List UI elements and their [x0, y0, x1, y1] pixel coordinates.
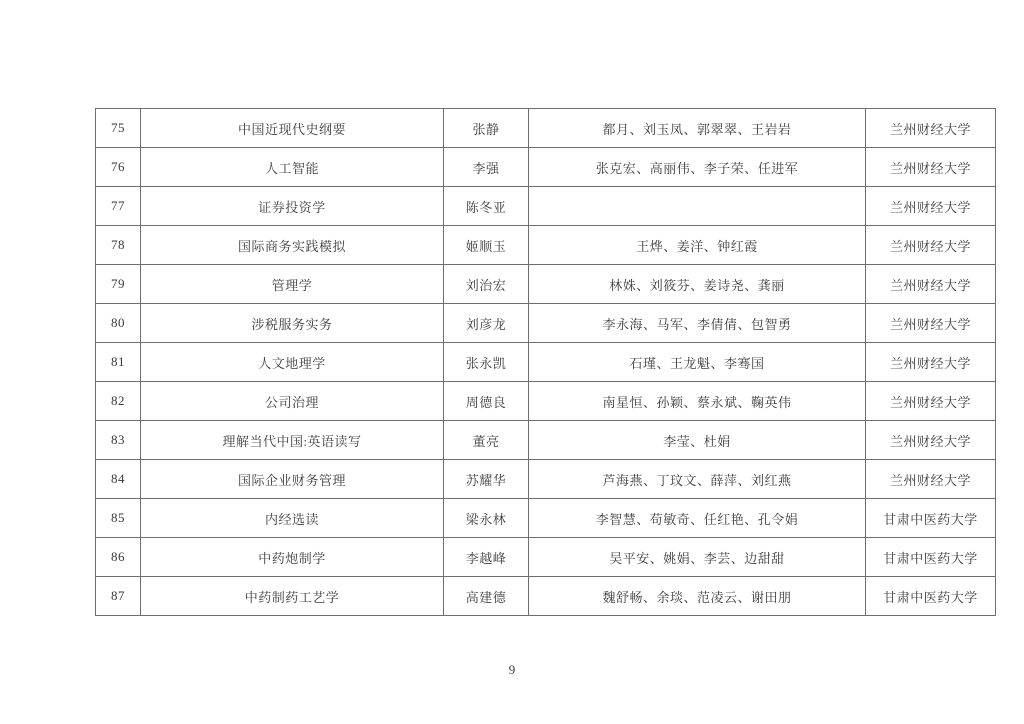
table-row: 84 国际企业财务管理 苏耀华 芦海燕、丁玟文、薛萍、刘红燕 兰州财经大学	[96, 460, 996, 499]
row-number-cell: 80	[96, 304, 141, 343]
university-cell: 兰州财经大学	[866, 109, 996, 148]
course-table: 75 中国近现代史纲要 张静 都月、刘玉凤、郭翠翠、王岩岩 兰州财经大学 76 …	[95, 108, 996, 616]
team-members-cell	[529, 187, 866, 226]
table-row: 81 人文地理学 张永凯 石瑾、王龙魁、李骞国 兰州财经大学	[96, 343, 996, 382]
course-name-cell: 中药炮制学	[141, 538, 444, 577]
university-cell: 兰州财经大学	[866, 187, 996, 226]
leader-name-cell: 周德良	[444, 382, 529, 421]
leader-name-cell: 梁永林	[444, 499, 529, 538]
course-name-cell: 公司治理	[141, 382, 444, 421]
leader-name-cell: 陈冬亚	[444, 187, 529, 226]
row-number-cell: 76	[96, 148, 141, 187]
leader-name-cell: 李越峰	[444, 538, 529, 577]
course-name-cell: 证券投资学	[141, 187, 444, 226]
course-table-body: 75 中国近现代史纲要 张静 都月、刘玉凤、郭翠翠、王岩岩 兰州财经大学 76 …	[96, 109, 996, 616]
row-number-cell: 83	[96, 421, 141, 460]
university-cell: 兰州财经大学	[866, 304, 996, 343]
course-name-cell: 国际商务实践模拟	[141, 226, 444, 265]
leader-name-cell: 董亮	[444, 421, 529, 460]
team-members-cell: 南星恒、孙颖、蔡永斌、鞠英伟	[529, 382, 866, 421]
leader-name-cell: 张静	[444, 109, 529, 148]
table-row: 80 涉税服务实务 刘彦龙 李永海、马军、李倩倩、包智勇 兰州财经大学	[96, 304, 996, 343]
row-number-cell: 79	[96, 265, 141, 304]
table-row: 77 证券投资学 陈冬亚 兰州财经大学	[96, 187, 996, 226]
team-members-cell: 张克宏、高丽伟、李子荣、任进军	[529, 148, 866, 187]
table-row: 85 内经选读 梁永林 李智慧、苟敏奇、任红艳、孔令娟 甘肃中医药大学	[96, 499, 996, 538]
team-members-cell: 李智慧、苟敏奇、任红艳、孔令娟	[529, 499, 866, 538]
course-name-cell: 国际企业财务管理	[141, 460, 444, 499]
row-number-cell: 82	[96, 382, 141, 421]
university-cell: 兰州财经大学	[866, 460, 996, 499]
table-row: 78 国际商务实践模拟 姬顺玉 王烨、姜洋、钟红霞 兰州财经大学	[96, 226, 996, 265]
course-name-cell: 人工智能	[141, 148, 444, 187]
row-number-cell: 85	[96, 499, 141, 538]
table-row: 86 中药炮制学 李越峰 吴平安、姚娟、李芸、边甜甜 甘肃中医药大学	[96, 538, 996, 577]
row-number-cell: 75	[96, 109, 141, 148]
university-cell: 甘肃中医药大学	[866, 577, 996, 616]
course-name-cell: 人文地理学	[141, 343, 444, 382]
leader-name-cell: 姬顺玉	[444, 226, 529, 265]
row-number-cell: 77	[96, 187, 141, 226]
table-row: 75 中国近现代史纲要 张静 都月、刘玉凤、郭翠翠、王岩岩 兰州财经大学	[96, 109, 996, 148]
row-number-cell: 84	[96, 460, 141, 499]
university-cell: 兰州财经大学	[866, 382, 996, 421]
team-members-cell: 李莹、杜娟	[529, 421, 866, 460]
university-cell: 兰州财经大学	[866, 148, 996, 187]
page-number: 9	[0, 662, 1024, 678]
leader-name-cell: 高建德	[444, 577, 529, 616]
row-number-cell: 81	[96, 343, 141, 382]
university-cell: 兰州财经大学	[866, 343, 996, 382]
table-row: 83 理解当代中国:英语读写 董亮 李莹、杜娟 兰州财经大学	[96, 421, 996, 460]
team-members-cell: 石瑾、王龙魁、李骞国	[529, 343, 866, 382]
course-name-cell: 管理学	[141, 265, 444, 304]
university-cell: 兰州财经大学	[866, 421, 996, 460]
course-name-cell: 中国近现代史纲要	[141, 109, 444, 148]
leader-name-cell: 刘治宏	[444, 265, 529, 304]
university-cell: 兰州财经大学	[866, 226, 996, 265]
course-name-cell: 内经选读	[141, 499, 444, 538]
table-row: 79 管理学 刘治宏 林姝、刘筱芬、姜诗尧、龚丽 兰州财经大学	[96, 265, 996, 304]
table-row: 76 人工智能 李强 张克宏、高丽伟、李子荣、任进军 兰州财经大学	[96, 148, 996, 187]
leader-name-cell: 李强	[444, 148, 529, 187]
course-name-cell: 理解当代中国:英语读写	[141, 421, 444, 460]
leader-name-cell: 刘彦龙	[444, 304, 529, 343]
table-row: 82 公司治理 周德良 南星恒、孙颖、蔡永斌、鞠英伟 兰州财经大学	[96, 382, 996, 421]
table-row: 87 中药制药工艺学 高建德 魏舒畅、余琰、范凌云、谢田朋 甘肃中医药大学	[96, 577, 996, 616]
team-members-cell: 吴平安、姚娟、李芸、边甜甜	[529, 538, 866, 577]
team-members-cell: 都月、刘玉凤、郭翠翠、王岩岩	[529, 109, 866, 148]
row-number-cell: 87	[96, 577, 141, 616]
row-number-cell: 86	[96, 538, 141, 577]
university-cell: 甘肃中医药大学	[866, 538, 996, 577]
university-cell: 甘肃中医药大学	[866, 499, 996, 538]
team-members-cell: 芦海燕、丁玟文、薛萍、刘红燕	[529, 460, 866, 499]
course-name-cell: 涉税服务实务	[141, 304, 444, 343]
document-page: 75 中国近现代史纲要 张静 都月、刘玉凤、郭翠翠、王岩岩 兰州财经大学 76 …	[0, 0, 1024, 724]
team-members-cell: 魏舒畅、余琰、范凌云、谢田朋	[529, 577, 866, 616]
team-members-cell: 林姝、刘筱芬、姜诗尧、龚丽	[529, 265, 866, 304]
course-name-cell: 中药制药工艺学	[141, 577, 444, 616]
leader-name-cell: 苏耀华	[444, 460, 529, 499]
team-members-cell: 李永海、马军、李倩倩、包智勇	[529, 304, 866, 343]
row-number-cell: 78	[96, 226, 141, 265]
team-members-cell: 王烨、姜洋、钟红霞	[529, 226, 866, 265]
university-cell: 兰州财经大学	[866, 265, 996, 304]
leader-name-cell: 张永凯	[444, 343, 529, 382]
